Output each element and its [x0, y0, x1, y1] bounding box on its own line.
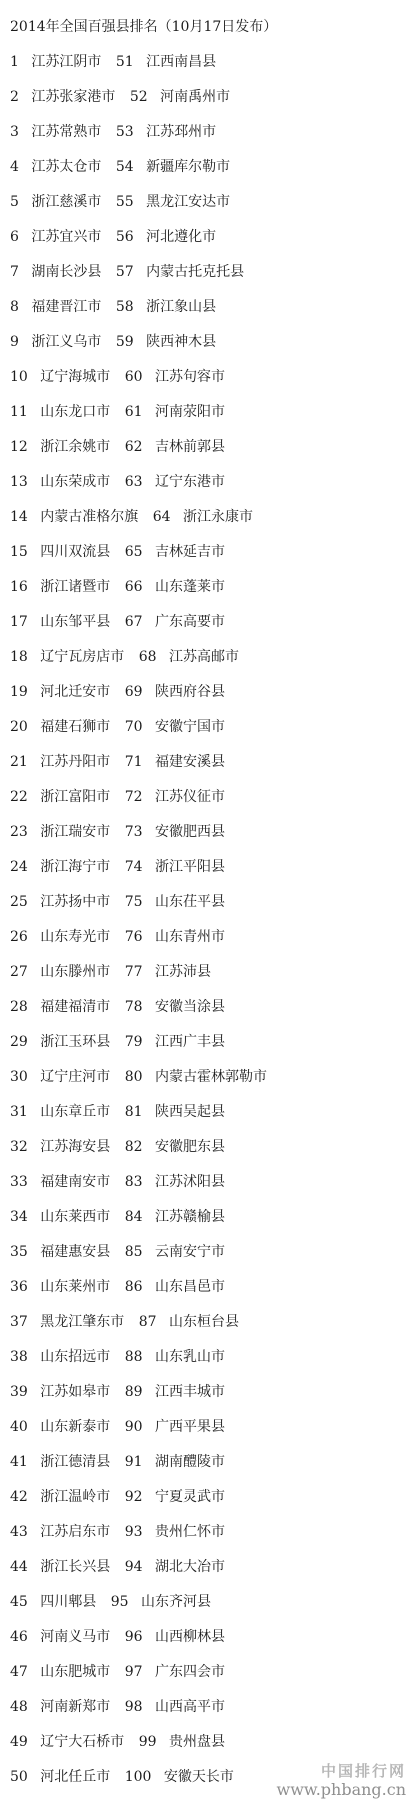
county-left: 河南义马市: [40, 1620, 110, 1655]
county-left: 河北任丘市: [40, 1760, 110, 1795]
county-left: 湖南长沙县: [31, 255, 101, 290]
rank-left: 26: [10, 920, 28, 955]
county-left: 江苏丹阳市: [40, 745, 110, 780]
rank-right: 75: [125, 885, 143, 920]
rank-right: 89: [125, 1375, 143, 1410]
list-item: 3 江苏常熟市 53 江苏邳州市: [10, 115, 412, 150]
rank-left: 11: [10, 395, 28, 430]
rank-left: 50: [10, 1760, 28, 1795]
list-item: 39 江苏如皋市 89 江西丰城市: [10, 1375, 412, 1410]
county-right: 山东齐河县: [141, 1585, 211, 1620]
rank-left: 38: [10, 1340, 28, 1375]
county-right: 湖北大冶市: [155, 1550, 225, 1585]
county-left: 黑龙江肇东市: [40, 1305, 124, 1340]
rank-right: 84: [125, 1200, 143, 1235]
rank-right: 56: [116, 220, 134, 255]
list-item: 42 浙江温岭市 92 宁夏灵武市: [10, 1480, 412, 1515]
rank-right: 54: [116, 150, 134, 185]
county-right: 浙江象山县: [146, 290, 216, 325]
county-right: 广东高要市: [155, 605, 225, 640]
rank-right: 64: [153, 500, 171, 535]
county-right: 辽宁东港市: [155, 465, 225, 500]
rank-right: 72: [125, 780, 143, 815]
rank-right: 77: [125, 955, 143, 990]
rank-right: 90: [125, 1410, 143, 1445]
county-right: 山东乳山市: [155, 1340, 225, 1375]
county-left: 山东滕州市: [40, 955, 110, 990]
county-left: 江苏扬中市: [40, 885, 110, 920]
rank-right: 81: [125, 1095, 143, 1130]
rank-right: 69: [125, 675, 143, 710]
rank-right: 67: [125, 605, 143, 640]
rank-right: 99: [139, 1725, 157, 1760]
county-right: 江苏赣榆县: [155, 1200, 225, 1235]
county-left: 四川郫县: [40, 1585, 96, 1620]
rank-left: 12: [10, 430, 28, 465]
county-left: 山东章丘市: [40, 1095, 110, 1130]
list-item: 12 浙江余姚市 62 吉林前郭县: [10, 430, 412, 465]
list-item: 9 浙江义乌市 59 陕西神木县: [10, 325, 412, 360]
rank-left: 35: [10, 1235, 28, 1270]
county-right: 江苏沛县: [155, 955, 211, 990]
rank-left: 36: [10, 1270, 28, 1305]
rank-left: 9: [10, 325, 19, 360]
list-item: 25 江苏扬中市 75 山东茌平县: [10, 885, 412, 920]
rank-right: 96: [125, 1620, 143, 1655]
list-item: 16 浙江诸暨市 66 山东蓬莱市: [10, 570, 412, 605]
list-item: 2 江苏张家港市 52 河南禹州市: [10, 80, 412, 115]
rank-right: 78: [125, 990, 143, 1025]
county-right: 广西平果县: [155, 1410, 225, 1445]
watermark: 中国排行网 www.phbang.cn: [277, 1762, 407, 1799]
county-right: 山东茌平县: [155, 885, 225, 920]
rank-right: 93: [125, 1515, 143, 1550]
list-item: 45 四川郫县 95 山东齐河县: [10, 1585, 412, 1620]
list-item: 15 四川双流县 65 吉林延吉市: [10, 535, 412, 570]
rank-left: 49: [10, 1725, 28, 1760]
rank-left: 8: [10, 290, 19, 325]
list-item: 4 江苏太仓市 54 新疆库尔勒市: [10, 150, 412, 185]
rank-left: 15: [10, 535, 28, 570]
rank-left: 21: [10, 745, 28, 780]
rank-right: 86: [125, 1270, 143, 1305]
county-left: 浙江玉环县: [40, 1025, 110, 1060]
rank-left: 3: [10, 115, 19, 150]
rank-left: 19: [10, 675, 28, 710]
county-right: 安徽肥西县: [155, 815, 225, 850]
list-item: 23 浙江瑞安市 73 安徽肥西县: [10, 815, 412, 850]
rank-right: 74: [125, 850, 143, 885]
county-left: 浙江海宁市: [40, 850, 110, 885]
rank-right: 55: [116, 185, 134, 220]
list-item: 31 山东章丘市 81 陕西吴起县: [10, 1095, 412, 1130]
county-right: 山东桓台县: [169, 1305, 239, 1340]
rank-right: 88: [125, 1340, 143, 1375]
list-item: 43 江苏启东市 93 贵州仁怀市: [10, 1515, 412, 1550]
county-right: 山东昌邑市: [155, 1270, 225, 1305]
list-item: 1 江苏江阴市 51 江西南昌县: [10, 45, 412, 80]
rank-left: 13: [10, 465, 28, 500]
list-item: 48 河南新郑市 98 山西高平市: [10, 1690, 412, 1725]
list-item: 29 浙江玉环县 79 江西广丰县: [10, 1025, 412, 1060]
county-right: 吉林延吉市: [155, 535, 225, 570]
rank-left: 42: [10, 1480, 28, 1515]
rank-left: 18: [10, 640, 28, 675]
county-right: 安徽天长市: [164, 1760, 234, 1795]
list-item: 33 福建南安市 83 江苏沭阳县: [10, 1165, 412, 1200]
list-item: 22 浙江富阳市 72 江苏仪征市: [10, 780, 412, 815]
county-left: 山东莱西市: [40, 1200, 110, 1235]
county-left: 江苏常熟市: [31, 115, 101, 150]
rank-right: 83: [125, 1165, 143, 1200]
list-item: 11 山东龙口市 61 河南荥阳市: [10, 395, 412, 430]
county-right: 江苏句容市: [155, 360, 225, 395]
rank-left: 16: [10, 570, 28, 605]
rank-right: 98: [125, 1690, 143, 1725]
county-left: 山东招远市: [40, 1340, 110, 1375]
county-right: 广东四会市: [155, 1655, 225, 1690]
rank-left: 46: [10, 1620, 28, 1655]
list-item: 38 山东招远市 88 山东乳山市: [10, 1340, 412, 1375]
county-right: 安徽当涂县: [155, 990, 225, 1025]
rank-left: 39: [10, 1375, 28, 1410]
list-item: 36 山东莱州市 86 山东昌邑市: [10, 1270, 412, 1305]
rank-left: 37: [10, 1305, 28, 1340]
rank-left: 31: [10, 1095, 28, 1130]
rank-left: 45: [10, 1585, 28, 1620]
county-left: 浙江富阳市: [40, 780, 110, 815]
rank-right: 76: [125, 920, 143, 955]
list-item: 28 福建福清市 78 安徽当涂县: [10, 990, 412, 1025]
rank-left: 7: [10, 255, 19, 290]
rank-left: 6: [10, 220, 19, 255]
list-item: 14 内蒙古准格尔旗 64 浙江永康市: [10, 500, 412, 535]
rank-left: 47: [10, 1655, 28, 1690]
list-item: 7 湖南长沙县 57 内蒙古托克托县: [10, 255, 412, 290]
rank-left: 22: [10, 780, 28, 815]
rank-right: 52: [130, 80, 148, 115]
rank-right: 71: [125, 745, 143, 780]
county-left: 辽宁瓦房店市: [40, 640, 124, 675]
list-item: 46 河南义马市 96 山西柳林县: [10, 1620, 412, 1655]
list-item: 19 河北迁安市 69 陕西府谷县: [10, 675, 412, 710]
list-item: 18 辽宁瓦房店市 68 江苏高邮市: [10, 640, 412, 675]
rank-left: 29: [10, 1025, 28, 1060]
county-left: 浙江德清县: [40, 1445, 110, 1480]
list-item: 27 山东滕州市 77 江苏沛县: [10, 955, 412, 990]
county-left: 福建晋江市: [31, 290, 101, 325]
county-right: 山西柳林县: [155, 1620, 225, 1655]
county-right: 江西南昌县: [146, 45, 216, 80]
list-item: 5 浙江慈溪市 55 黑龙江安达市: [10, 185, 412, 220]
rank-left: 10: [10, 360, 28, 395]
county-left: 福建南安市: [40, 1165, 110, 1200]
watermark-site-url: www.phbang.cn: [277, 1780, 407, 1799]
rank-left: 5: [10, 185, 19, 220]
county-left: 辽宁大石桥市: [40, 1725, 124, 1760]
county-left: 山东肥城市: [40, 1655, 110, 1690]
rank-right: 51: [116, 45, 134, 80]
rank-right: 94: [125, 1550, 143, 1585]
list-item: 44 浙江长兴县 94 湖北大冶市: [10, 1550, 412, 1585]
county-left: 福建福清市: [40, 990, 110, 1025]
list-item: 6 江苏宜兴市 56 河北遵化市: [10, 220, 412, 255]
rank-right: 53: [116, 115, 134, 150]
county-right: 吉林前郭县: [155, 430, 225, 465]
county-left: 浙江诸暨市: [40, 570, 110, 605]
rank-right: 58: [116, 290, 134, 325]
watermark-site-name: 中国排行网: [277, 1762, 407, 1780]
county-left: 山东寿光市: [40, 920, 110, 955]
list-item: 10 辽宁海城市 60 江苏句容市: [10, 360, 412, 395]
county-right: 河南禹州市: [160, 80, 230, 115]
rank-right: 95: [111, 1585, 129, 1620]
list-item: 17 山东邹平县 67 广东高要市: [10, 605, 412, 640]
list-item: 35 福建惠安县 85 云南安宁市: [10, 1235, 412, 1270]
rank-right: 85: [125, 1235, 143, 1270]
county-right: 江苏高邮市: [169, 640, 239, 675]
county-right: 山东蓬莱市: [155, 570, 225, 605]
rank-right: 62: [125, 430, 143, 465]
county-left: 江苏宜兴市: [31, 220, 101, 255]
list-item: 32 江苏海安县 82 安徽肥东县: [10, 1130, 412, 1165]
rank-right: 63: [125, 465, 143, 500]
rank-left: 20: [10, 710, 28, 745]
list-item: 47 山东肥城市 97 广东四会市: [10, 1655, 412, 1690]
list-item: 41 浙江德清县 91 湖南醴陵市: [10, 1445, 412, 1480]
county-left: 江苏江阴市: [31, 45, 101, 80]
county-right: 陕西神木县: [146, 325, 216, 360]
rank-right: 82: [125, 1130, 143, 1165]
rank-right: 79: [125, 1025, 143, 1060]
county-left: 浙江义乌市: [31, 325, 101, 360]
rank-right: 73: [125, 815, 143, 850]
county-left: 福建石狮市: [40, 710, 110, 745]
rank-left: 14: [10, 500, 28, 535]
rank-left: 30: [10, 1060, 28, 1095]
rank-right: 91: [125, 1445, 143, 1480]
county-right: 江苏邳州市: [146, 115, 216, 150]
county-right: 山东青州市: [155, 920, 225, 955]
county-left: 福建惠安县: [40, 1235, 110, 1270]
rank-left: 4: [10, 150, 19, 185]
rank-left: 33: [10, 1165, 28, 1200]
rank-left: 48: [10, 1690, 28, 1725]
rank-left: 2: [10, 80, 19, 115]
rank-right: 100: [125, 1760, 152, 1795]
county-right: 安徽肥东县: [155, 1130, 225, 1165]
county-left: 江苏海安县: [40, 1130, 110, 1165]
county-left: 山东新泰市: [40, 1410, 110, 1445]
county-right: 云南安宁市: [155, 1235, 225, 1270]
county-left: 浙江长兴县: [40, 1550, 110, 1585]
county-left: 内蒙古准格尔旗: [40, 500, 138, 535]
rank-left: 1: [10, 45, 19, 80]
rank-right: 70: [125, 710, 143, 745]
ranking-list: 1 江苏江阴市 51 江西南昌县 2 江苏张家港市 52 河南禹州市 3 江苏常…: [10, 45, 412, 1795]
county-right: 贵州仁怀市: [155, 1515, 225, 1550]
county-left: 辽宁海城市: [40, 360, 110, 395]
list-item: 30 辽宁庄河市 80 内蒙古霍林郭勒市: [10, 1060, 412, 1095]
list-item: 37 黑龙江肇东市 87 山东桓台县: [10, 1305, 412, 1340]
rank-right: 59: [116, 325, 134, 360]
county-right: 贵州盘县: [169, 1725, 225, 1760]
ranking-document: 2014年全国百强县排名（10月17日发布） 1 江苏江阴市 51 江西南昌县 …: [0, 0, 412, 1807]
rank-left: 27: [10, 955, 28, 990]
rank-right: 87: [139, 1305, 157, 1340]
county-right: 江西广丰县: [155, 1025, 225, 1060]
rank-left: 40: [10, 1410, 28, 1445]
county-right: 福建安溪县: [155, 745, 225, 780]
list-item: 24 浙江海宁市 74 浙江平阳县: [10, 850, 412, 885]
county-left: 江苏如皋市: [40, 1375, 110, 1410]
county-right: 内蒙古托克托县: [146, 255, 244, 290]
page-title: 2014年全国百强县排名（10月17日发布）: [10, 10, 412, 45]
county-left: 山东邹平县: [40, 605, 110, 640]
county-right: 江西丰城市: [155, 1375, 225, 1410]
rank-left: 41: [10, 1445, 28, 1480]
county-right: 浙江永康市: [183, 500, 253, 535]
county-left: 辽宁庄河市: [40, 1060, 110, 1095]
rank-left: 43: [10, 1515, 28, 1550]
rank-left: 34: [10, 1200, 28, 1235]
rank-left: 17: [10, 605, 28, 640]
county-left: 河北迁安市: [40, 675, 110, 710]
rank-right: 92: [125, 1480, 143, 1515]
list-item: 40 山东新泰市 90 广西平果县: [10, 1410, 412, 1445]
county-left: 江苏张家港市: [31, 80, 115, 115]
rank-right: 97: [125, 1655, 143, 1690]
list-item: 8 福建晋江市 58 浙江象山县: [10, 290, 412, 325]
rank-left: 44: [10, 1550, 28, 1585]
rank-right: 60: [125, 360, 143, 395]
list-item: 26 山东寿光市 76 山东青州市: [10, 920, 412, 955]
county-left: 山东荣成市: [40, 465, 110, 500]
list-item: 21 江苏丹阳市 71 福建安溪县: [10, 745, 412, 780]
rank-left: 24: [10, 850, 28, 885]
rank-right: 65: [125, 535, 143, 570]
county-right: 陕西府谷县: [155, 675, 225, 710]
rank-left: 28: [10, 990, 28, 1025]
county-left: 江苏启东市: [40, 1515, 110, 1550]
rank-right: 66: [125, 570, 143, 605]
county-right: 宁夏灵武市: [155, 1480, 225, 1515]
county-right: 浙江平阳县: [155, 850, 225, 885]
county-right: 湖南醴陵市: [155, 1445, 225, 1480]
county-left: 河南新郑市: [40, 1690, 110, 1725]
county-right: 河北遵化市: [146, 220, 216, 255]
county-left: 浙江温岭市: [40, 1480, 110, 1515]
rank-left: 32: [10, 1130, 28, 1165]
county-left: 浙江慈溪市: [31, 185, 101, 220]
county-right: 内蒙古霍林郭勒市: [155, 1060, 267, 1095]
county-right: 新疆库尔勒市: [146, 150, 230, 185]
rank-right: 57: [116, 255, 134, 290]
county-left: 江苏太仓市: [31, 150, 101, 185]
county-right: 黑龙江安达市: [146, 185, 230, 220]
rank-right: 68: [139, 640, 157, 675]
list-item: 34 山东莱西市 84 江苏赣榆县: [10, 1200, 412, 1235]
list-item: 20 福建石狮市 70 安徽宁国市: [10, 710, 412, 745]
rank-left: 23: [10, 815, 28, 850]
county-right: 山西高平市: [155, 1690, 225, 1725]
list-item: 49 辽宁大石桥市 99 贵州盘县: [10, 1725, 412, 1760]
county-left: 浙江瑞安市: [40, 815, 110, 850]
county-left: 山东莱州市: [40, 1270, 110, 1305]
rank-left: 25: [10, 885, 28, 920]
list-item: 13 山东荣成市 63 辽宁东港市: [10, 465, 412, 500]
rank-right: 80: [125, 1060, 143, 1095]
county-right: 河南荥阳市: [155, 395, 225, 430]
county-left: 山东龙口市: [40, 395, 110, 430]
rank-right: 61: [125, 395, 143, 430]
county-right: 安徽宁国市: [155, 710, 225, 745]
county-left: 四川双流县: [40, 535, 110, 570]
county-right: 陕西吴起县: [155, 1095, 225, 1130]
county-left: 浙江余姚市: [40, 430, 110, 465]
county-right: 江苏仪征市: [155, 780, 225, 815]
county-right: 江苏沭阳县: [155, 1165, 225, 1200]
